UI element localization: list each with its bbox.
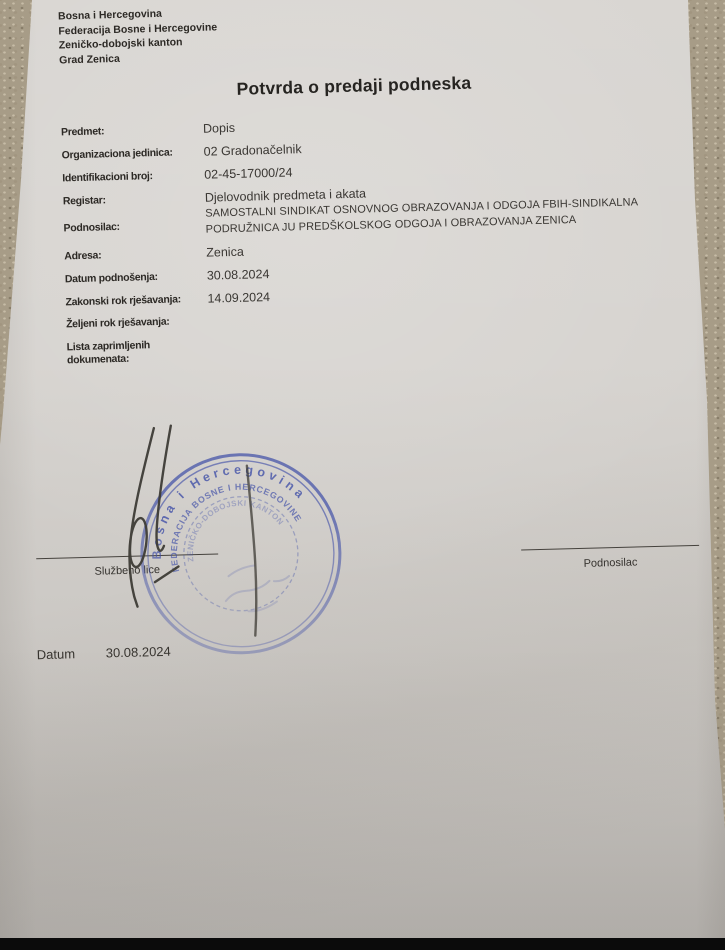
signature-strokes	[126, 424, 257, 639]
footer-date-label: Datum	[37, 646, 76, 662]
field-value: 02 Gradonačelnik	[203, 141, 301, 160]
signature-ink	[97, 412, 303, 662]
field-label: Organizaciona jedinica:	[62, 146, 204, 163]
field-value: Zenica	[206, 244, 244, 261]
field-label: Lista zaprimljenih dokumenata:	[67, 338, 188, 367]
document-photo: Bosna i Hercegovina Federacija Bosne i H…	[0, 0, 725, 950]
field-label: Adresa:	[64, 247, 206, 264]
field-value: 14.09.2024	[207, 289, 270, 307]
field-label: Predmet:	[61, 123, 203, 140]
footer-date-value: 30.08.2024	[106, 644, 171, 661]
field-value: Dopis	[203, 120, 235, 137]
field-label: Podnosilac:	[63, 208, 206, 236]
field-label: Zakonski rok rješavanja:	[65, 293, 207, 310]
field-row: Lista zaprimljenih dokumenata:	[67, 325, 677, 367]
field-label: Identifikacioni broj:	[62, 169, 204, 186]
field-value: 02-45-17000/24	[204, 164, 293, 182]
page-title: Potvrda o predaji podneska	[144, 70, 564, 102]
field-label: Datum podnošenja:	[65, 270, 207, 287]
field-label: Željeni rok rješavanja:	[66, 315, 208, 332]
letterhead: Bosna i Hercegovina Federacija Bosne i H…	[58, 5, 218, 67]
submitter-signature-line	[521, 545, 699, 551]
submitter-signature-label: Podnosilac	[521, 555, 699, 572]
field-label: Registar:	[63, 192, 205, 209]
field-value: 30.08.2024	[207, 266, 270, 284]
photo-bottom-edge	[0, 938, 725, 950]
document-content: Bosna i Hercegovina Federacija Bosne i H…	[0, 0, 725, 950]
